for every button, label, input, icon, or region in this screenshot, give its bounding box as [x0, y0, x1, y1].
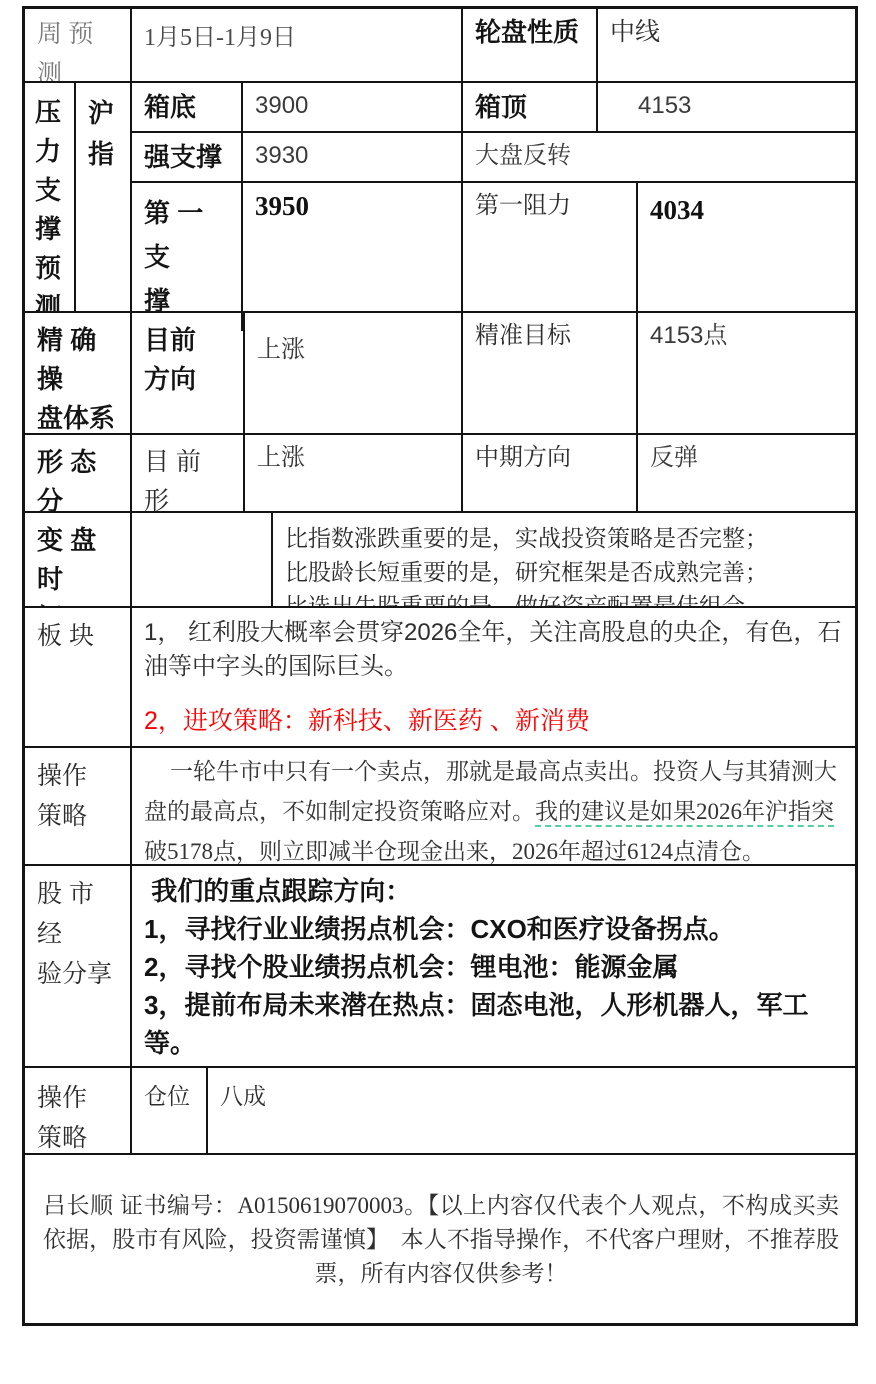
- experience-content: 我们的重点跟踪方向： 1，寻找行业业绩拐点机会：CXO和医疗设备拐点。 2，寻找…: [144, 872, 843, 1062]
- experience-content-cell: 我们的重点跟踪方向： 1，寻找行业业绩拐点机会：CXO和医疗设备拐点。 2，寻找…: [132, 866, 855, 1066]
- precise-target-value-cell: 4153点: [638, 313, 855, 433]
- box-bottom-value-cell: 3900: [243, 83, 463, 131]
- turning-time-label-cell: 变 盘 时 间: [25, 513, 132, 606]
- row-experience-sharing: 股 市 经 验分享 我们的重点跟踪方向： 1，寻找行业业绩拐点机会：CXO和医疗…: [25, 866, 855, 1068]
- box-top-value-cell: 4153: [598, 83, 855, 131]
- mid-term-direction-label-cell: 中期方向: [463, 435, 638, 511]
- position-strategy-label: 操作 策略: [37, 1078, 118, 1153]
- position-value: 八成: [220, 1083, 266, 1109]
- box-top-label-cell: 箱顶: [463, 83, 598, 131]
- current-shape-value: 上涨: [257, 444, 305, 471]
- first-resistance-label: 第一阻力: [475, 192, 571, 219]
- wheel-nature-value: 中线: [610, 18, 660, 46]
- box-bottom-label: 箱底: [144, 92, 196, 122]
- row-position: 操作 策略 仓位 八成: [25, 1068, 855, 1155]
- current-direction-value-cell: 上涨: [245, 313, 463, 433]
- pattern-system-label: 形 态 分 析系统: [37, 443, 118, 511]
- market-reversal-note: 大盘反转: [475, 142, 571, 169]
- strong-support-value: 3930: [255, 142, 308, 169]
- mid-term-direction-value: 反弹: [650, 444, 698, 471]
- disclaimer-cell: 吕长顺 证书编号：A0150619070003。【以上内容仅代表个人观点，不构成…: [25, 1155, 855, 1323]
- wheel-nature-value-cell: 中线: [598, 9, 855, 81]
- operation-strategy-content: 一轮牛市中只有一个卖点，那就是最高点卖出。投资人与其猜测大盘的最高点，不如制定投…: [144, 752, 843, 864]
- week-forecast-date-label: 周 预 测 日期: [25, 9, 132, 81]
- row-box-bottom: 箱底 3900 箱顶 4153: [132, 83, 855, 133]
- turning-time-content-cell: 比指数涨跌重要的是，实战投资策略是否完整； 比股龄长短重要的是，研究框架是否成熟…: [273, 513, 855, 606]
- row-pressure-support-group: 压 力 支 撑 预 测 沪 指 箱底 3900 箱顶 4153: [25, 83, 855, 313]
- pressure-support-stack: 箱底 3900 箱顶 4153 强支撑 3930: [132, 83, 855, 311]
- sectors-point1: 1， 红利股大概率会贯穿2026全年，关注高股息的央企，有色，石油等中字头的国际…: [144, 616, 843, 684]
- row-week-forecast: 周 预 测 日期 1月5日-1月9日 轮盘性质 中线: [25, 9, 855, 83]
- market-reversal-cell: 大盘反转: [463, 133, 855, 181]
- sectors-content-cell: 1， 红利股大概率会贯穿2026全年，关注高股息的央企，有色，石油等中字头的国际…: [132, 608, 855, 746]
- strong-support-label-cell: 强支撑: [132, 133, 243, 181]
- row-pattern-system: 形 态 分 析系统 目 前 形 态 上涨 中期方向 反弹: [25, 435, 855, 513]
- position-value-cell: 八成: [208, 1068, 855, 1153]
- row-strong-support: 强支撑 3930 大盘反转: [132, 133, 855, 183]
- experience-label: 股 市 经 验分享: [37, 874, 118, 994]
- current-shape-label-cell: 目 前 形 态: [132, 435, 245, 511]
- box-bottom-value: 3900: [255, 92, 308, 119]
- sectors-point2-red: 2，进攻策略：新科技、新医药 、新消费: [144, 704, 843, 738]
- first-support-value: 3950: [255, 191, 309, 221]
- first-resistance-label-cell: 第一阻力: [463, 183, 638, 331]
- sectors-label-cell: 板 块: [25, 608, 132, 746]
- position-label-cell: 仓位: [132, 1068, 208, 1153]
- strong-support-label: 强支撑: [144, 142, 222, 172]
- position-strategy-label-cell: 操作 策略: [25, 1068, 132, 1153]
- experience-label-cell: 股 市 经 验分享: [25, 866, 132, 1066]
- first-resistance-value: 4034: [650, 195, 704, 225]
- turning-time-content: 比指数涨跌重要的是，实战投资策略是否完整； 比股龄长短重要的是，研究框架是否成熟…: [285, 521, 843, 606]
- turning-time-empty-cell: [132, 513, 273, 606]
- first-support-label-cell: 第 一 支 撑: [132, 183, 243, 331]
- row-precision-system: 精 确 操 盘体系 目前 方向 上涨 精准目标 4153点: [25, 313, 855, 435]
- pressure-support-label-text: 压 力 支 撑 预 测: [35, 93, 74, 311]
- current-direction-label: 目前 方向: [144, 321, 231, 399]
- row-turning-time: 变 盘 时 间 比指数涨跌重要的是，实战投资策略是否完整； 比股龄长短重要的是，…: [25, 513, 855, 608]
- pattern-system-label-cell: 形 态 分 析系统: [25, 435, 132, 511]
- precise-target-label-cell: 精准目标: [463, 313, 638, 433]
- mid-term-direction-value-cell: 反弹: [638, 435, 855, 511]
- current-shape-value-cell: 上涨: [245, 435, 463, 511]
- operation-strategy-label-cell: 操作 策略: [25, 748, 132, 864]
- sectors-label: 板 块: [37, 622, 94, 650]
- first-support-label: 第 一 支 撑: [144, 191, 229, 323]
- disclaimer-text: 吕长顺 证书编号：A0150619070003。【以上内容仅代表个人观点，不构成…: [43, 1189, 839, 1291]
- pressure-support-group-label: 压 力 支 撑 预 测: [25, 83, 76, 311]
- turning-time-label: 变 盘 时 间: [37, 521, 118, 606]
- mid-term-direction-label: 中期方向: [475, 444, 571, 471]
- date-range-value: 1月5日-1月9日: [144, 25, 296, 51]
- row-disclaimer: 吕长顺 证书编号：A0150619070003。【以上内容仅代表个人观点，不构成…: [25, 1155, 855, 1323]
- row-sectors: 板 块 1， 红利股大概率会贯穿2026全年，关注高股息的央企，有色，石油等中字…: [25, 608, 855, 748]
- current-direction-value: 上涨: [257, 336, 305, 363]
- week-forecast-label-line1: 周 预 测: [37, 15, 118, 81]
- strong-support-value-cell: 3930: [243, 133, 463, 181]
- row-operation-strategy: 操作 策略 一轮牛市中只有一个卖点，那就是最高点卖出。投资人与其猜测大盘的最高点…: [25, 748, 855, 866]
- first-support-value-cell: 3950: [243, 183, 463, 331]
- precise-target-label: 精准目标: [475, 322, 571, 349]
- wheel-nature-label-cell: 轮盘性质: [463, 9, 598, 81]
- box-top-value: 4153: [638, 92, 691, 119]
- precision-system-label: 精 确 操 盘体系: [37, 321, 118, 433]
- first-resistance-value-cell: 4034: [638, 183, 855, 331]
- shanghai-index-label: 沪 指: [76, 83, 132, 311]
- date-range-cell: 1月5日-1月9日: [132, 9, 463, 81]
- box-bottom-label-cell: 箱底: [132, 83, 243, 131]
- row-first-support: 第 一 支 撑 3950 第一阻力 4034: [132, 183, 855, 331]
- shanghai-index-label-text: 沪 指: [88, 93, 130, 175]
- current-shape-label: 目 前 形 态: [144, 443, 231, 511]
- box-top-label: 箱顶: [475, 92, 527, 122]
- current-direction-label-cell: 目前 方向: [132, 313, 245, 433]
- precise-target-value: 4153点: [650, 322, 727, 349]
- position-label: 仓位: [144, 1083, 190, 1109]
- forecast-table: 周 预 测 日期 1月5日-1月9日 轮盘性质 中线 压 力 支 撑 预 测 沪…: [22, 6, 858, 1326]
- wheel-nature-label: 轮盘性质: [475, 17, 579, 47]
- operation-strategy-label: 操作 策略: [37, 756, 118, 836]
- operation-strategy-content-cell: 一轮牛市中只有一个卖点，那就是最高点卖出。投资人与其猜测大盘的最高点，不如制定投…: [132, 748, 855, 864]
- precision-system-label-cell: 精 确 操 盘体系: [25, 313, 132, 433]
